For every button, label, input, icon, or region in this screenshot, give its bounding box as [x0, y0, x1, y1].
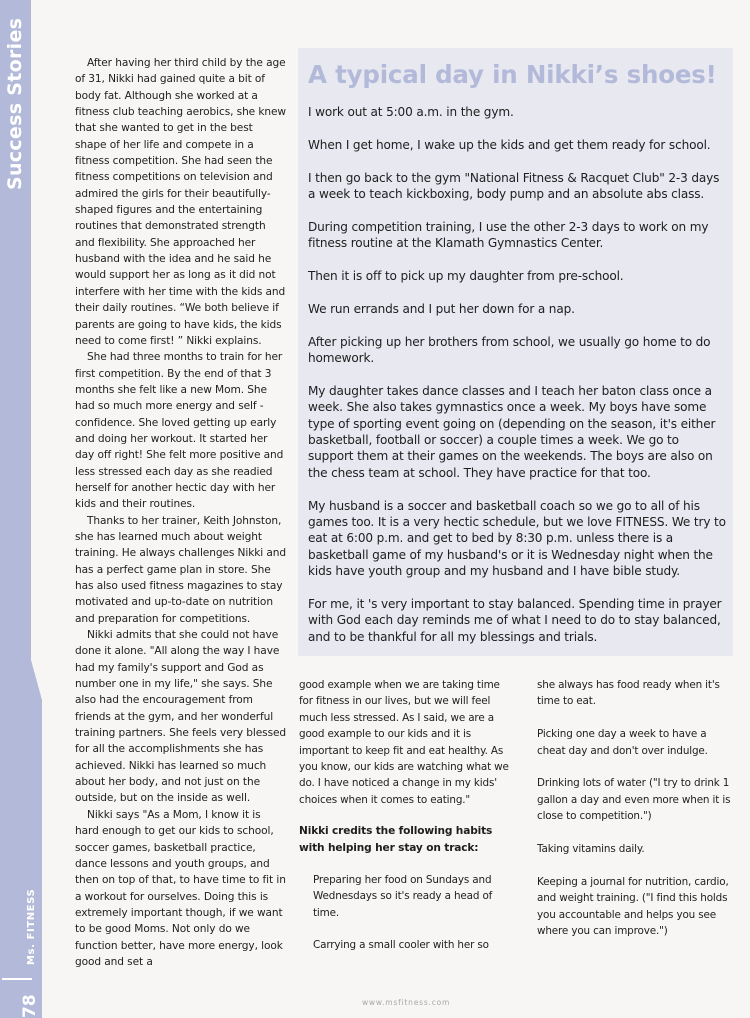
box-paragraph: For me, it 's very important to stay bal…	[308, 596, 726, 645]
typical-day-box: A typical day in Nikki’s shoes! I work o…	[298, 48, 733, 656]
article-paragraph: Thanks to her trainer, Keith Johnston, s…	[75, 513, 287, 627]
box-body: I work out at 5:00 a.m. in the gym. When…	[308, 104, 726, 662]
habits-heading: Nikki credits the following habits with …	[299, 823, 514, 856]
box-paragraph: We run errands and I put her down for a …	[308, 301, 726, 317]
habit-item: Carrying a small cooler with her so	[299, 937, 514, 953]
box-paragraph: During competition training, I use the o…	[308, 219, 726, 252]
footer-url: www.msfitness.com	[362, 998, 450, 1007]
box-paragraph: My husband is a soccer and basketball co…	[308, 498, 726, 580]
box-paragraph: Then it is off to pick up my daughter fr…	[308, 268, 726, 284]
article-left-column: After having her third child by the age …	[75, 55, 287, 970]
article-paragraph: Nikki admits that she could not have don…	[75, 627, 287, 807]
habit-item: Keeping a journal for nutrition, cardio,…	[537, 874, 737, 940]
section-label: Success Stories	[4, 18, 26, 190]
box-paragraph: When I get home, I wake up the kids and …	[308, 137, 726, 153]
box-title: A typical day in Nikki’s shoes!	[308, 60, 717, 89]
sidebar-stripe-lower	[0, 700, 42, 1018]
article-paragraph: Nikki says "As a Mom, I know it is hard …	[75, 807, 287, 970]
article-right-column: she always has food ready when it's time…	[537, 677, 737, 956]
sidebar-stripe-bevel	[31, 660, 42, 700]
box-paragraph: I then go back to the gym "National Fitn…	[308, 170, 726, 203]
habit-item: Preparing her food on Sundays and Wednes…	[299, 872, 514, 921]
page-number: 78	[20, 994, 40, 1018]
sidebar-divider	[2, 978, 32, 980]
article-paragraph: After having her third child by the age …	[75, 55, 287, 349]
article-middle-column: good example when we are taking time for…	[299, 677, 514, 970]
article-paragraph: She had three months to train for her fi…	[75, 349, 287, 512]
box-paragraph: After picking up her brothers from schoo…	[308, 334, 726, 367]
habit-item: Picking one day a week to have a cheat d…	[537, 726, 737, 759]
magazine-label: Ms. FITNESS	[26, 889, 37, 965]
article-paragraph: good example when we are taking time for…	[299, 677, 514, 808]
habit-item: she always has food ready when it's time…	[537, 677, 737, 710]
box-paragraph: I work out at 5:00 a.m. in the gym.	[308, 104, 726, 120]
box-paragraph: My daughter takes dance classes and I te…	[308, 383, 726, 481]
habit-item: Drinking lots of water ("I try to drink …	[537, 775, 737, 824]
habit-item: Taking vitamins daily.	[537, 841, 737, 857]
